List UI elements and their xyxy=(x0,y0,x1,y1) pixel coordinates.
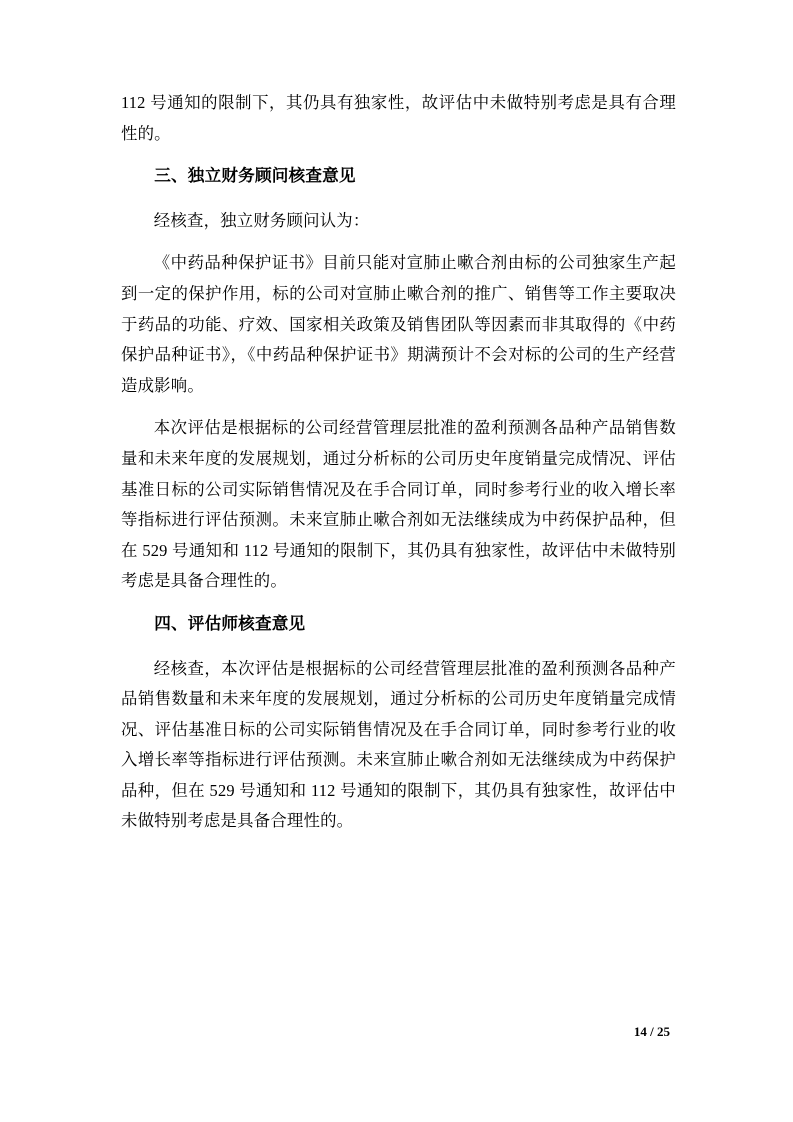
paragraph-valuation-basis: 本次评估是根据标的公司经营管理层批准的盈利预测各品种产品销售数量和未来年度的发展… xyxy=(121,413,676,597)
paragraph-appraiser-conclusion: 经核查，本次评估是根据标的公司经营管理层批准的盈利预测各品种产品销售数量和未来年… xyxy=(121,654,676,838)
page-number: 14 / 25 xyxy=(634,1024,670,1040)
document-page: 112 号通知的限制下，其仍具有独家性，故评估中未做特别考虑是具有合理性的。 三… xyxy=(0,0,793,1122)
paragraph-protection-certificate: 《中药品种保护证书》目前只能对宣肺止嗽合剂由标的公司独家生产起到一定的保护作用，… xyxy=(121,248,676,401)
section-heading-appraiser-opinion: 四、评估师核查意见 xyxy=(121,609,676,640)
paragraph-continuation: 112 号通知的限制下，其仍具有独家性，故评估中未做特别考虑是具有合理性的。 xyxy=(121,88,676,149)
document-content: 112 号通知的限制下，其仍具有独家性，故评估中未做特别考虑是具有合理性的。 三… xyxy=(121,88,676,849)
section-heading-financial-advisor-opinion: 三、独立财务顾问核查意见 xyxy=(121,161,676,192)
paragraph-advisor-intro: 经核查，独立财务顾问认为： xyxy=(121,206,676,237)
